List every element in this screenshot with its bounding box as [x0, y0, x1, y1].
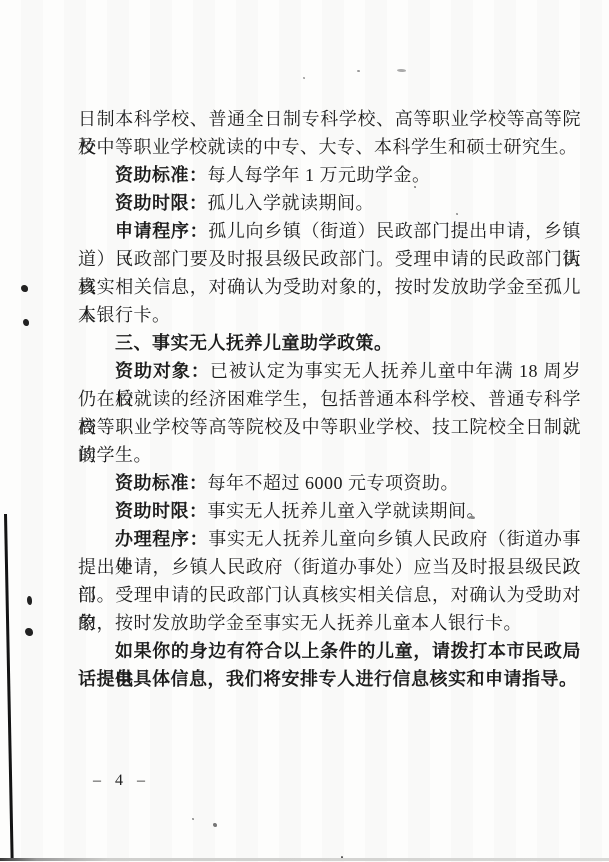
bold-run: 办理程序：: [115, 529, 208, 549]
text-line: 提出申请，乡镇人民政府（街道办事处）应当及时报县级民政部: [78, 553, 581, 581]
text-line: 三、事实无人抚养儿童助学政策。: [78, 329, 581, 357]
scanned-page: 日制本科学校、普通全日制专科学校、高等职业学校等高等院校及中等职业学校就读的中专…: [0, 0, 609, 862]
bold-run: 资助时限：: [115, 193, 208, 213]
text-line: 日制本科学校、普通全日制专科学校、高等职业学校等高等院校: [78, 105, 581, 133]
text-run: 孤儿入学就读期间。: [208, 193, 375, 213]
ink-speck: [21, 285, 28, 292]
text-line: 如果你的身边有符合以上条件的儿童，请拨打本市民政局电: [78, 637, 581, 665]
text-line: 资助时限：孤儿入学就读期间。: [78, 189, 581, 217]
ink-speck: [27, 596, 32, 605]
text-run: 人银行卡。: [78, 305, 171, 325]
ink-speck: [213, 823, 217, 827]
text-line: 道）民政部门要及时报县级民政部门。受理申请的民政部门认真: [78, 245, 581, 273]
text-line: 办理程序：事实无人抚养儿童向乡镇人民政府（街道办事处）: [78, 525, 581, 553]
page-number: – 4 –: [93, 772, 150, 790]
bold-run: 资助时限：: [115, 501, 208, 521]
text-line: 及中等职业学校就读的中专、大专、本科学生和硕士研究生。: [78, 133, 581, 161]
bold-run: 申请程序：: [115, 221, 208, 241]
text-line: 资助标准：每人每学年 1 万元助学金。: [78, 161, 581, 189]
scan-edge-line-bottom: [0, 858, 609, 861]
bold-run: 话提供具体信息，我们将安排专人进行信息核实和申请指导。: [78, 669, 578, 689]
ink-speck: [414, 186, 416, 188]
ink-speck: [25, 628, 33, 636]
text-line: 资助标准：每年不超过 6000 元专项资助。: [78, 469, 581, 497]
scan-edge-line-left: [4, 514, 14, 860]
text-run: 及中等职业学校就读的中专、大专、本科学生和硕士研究生。: [78, 137, 578, 157]
text-line: 的，按时发放助学金至事实无人抚养儿童本人银行卡。: [78, 609, 581, 637]
text-line: 核实相关信息，对确认为受助对象的，按时发放助学金至孤儿本: [78, 273, 581, 301]
text-line: 门。受理申请的民政部门认真核实相关信息，对确认为受助对象: [78, 581, 581, 609]
bold-run: 资助标准：: [115, 165, 208, 185]
text-run: 事实无人抚养儿童入学就读期间。: [208, 501, 486, 521]
text-line: 申请程序：孤儿向乡镇（街道）民政部门提出申请，乡镇（街: [78, 217, 581, 245]
ink-speck: [357, 70, 360, 72]
text-line: 仍在校就读的经济困难学生，包括普通本科学校、普通专科学校、: [78, 385, 581, 413]
text-line: 话提供具体信息，我们将安排专人进行信息核实和申请指导。: [78, 665, 581, 693]
ink-speck: [23, 319, 29, 326]
text-run: 每人每学年 1 万元助学金。: [208, 165, 431, 185]
bold-run: 三、事实无人抚养儿童助学政策。: [115, 333, 393, 353]
text-line: 资助时限：事实无人抚养儿童入学就读期间。: [78, 497, 581, 525]
text-line: 的学生。: [78, 441, 581, 469]
bold-run: 资助对象：: [115, 361, 210, 381]
ink-speck: [192, 818, 194, 820]
document-body: 日制本科学校、普通全日制专科学校、高等职业学校等高等院校及中等职业学校就读的中专…: [78, 105, 581, 693]
text-line: 资助对象：已被认定为事实无人抚养儿童中年满 18 周岁后: [78, 357, 581, 385]
text-line: 人银行卡。: [78, 301, 581, 329]
ink-speck: [456, 213, 458, 215]
ink-speck: [303, 77, 305, 79]
text-run: 的学生。: [78, 445, 152, 465]
text-line: 高等职业学校等高等院校及中等职业学校、技工院校全日制就读: [78, 413, 581, 441]
bold-run: 资助标准：: [115, 473, 208, 493]
ink-speck: [397, 69, 406, 72]
text-run: 每年不超过 6000 元专项资助。: [208, 473, 460, 493]
ink-speck: [469, 516, 475, 519]
text-run: 的，按时发放助学金至事实无人抚养儿童本人银行卡。: [78, 613, 522, 633]
